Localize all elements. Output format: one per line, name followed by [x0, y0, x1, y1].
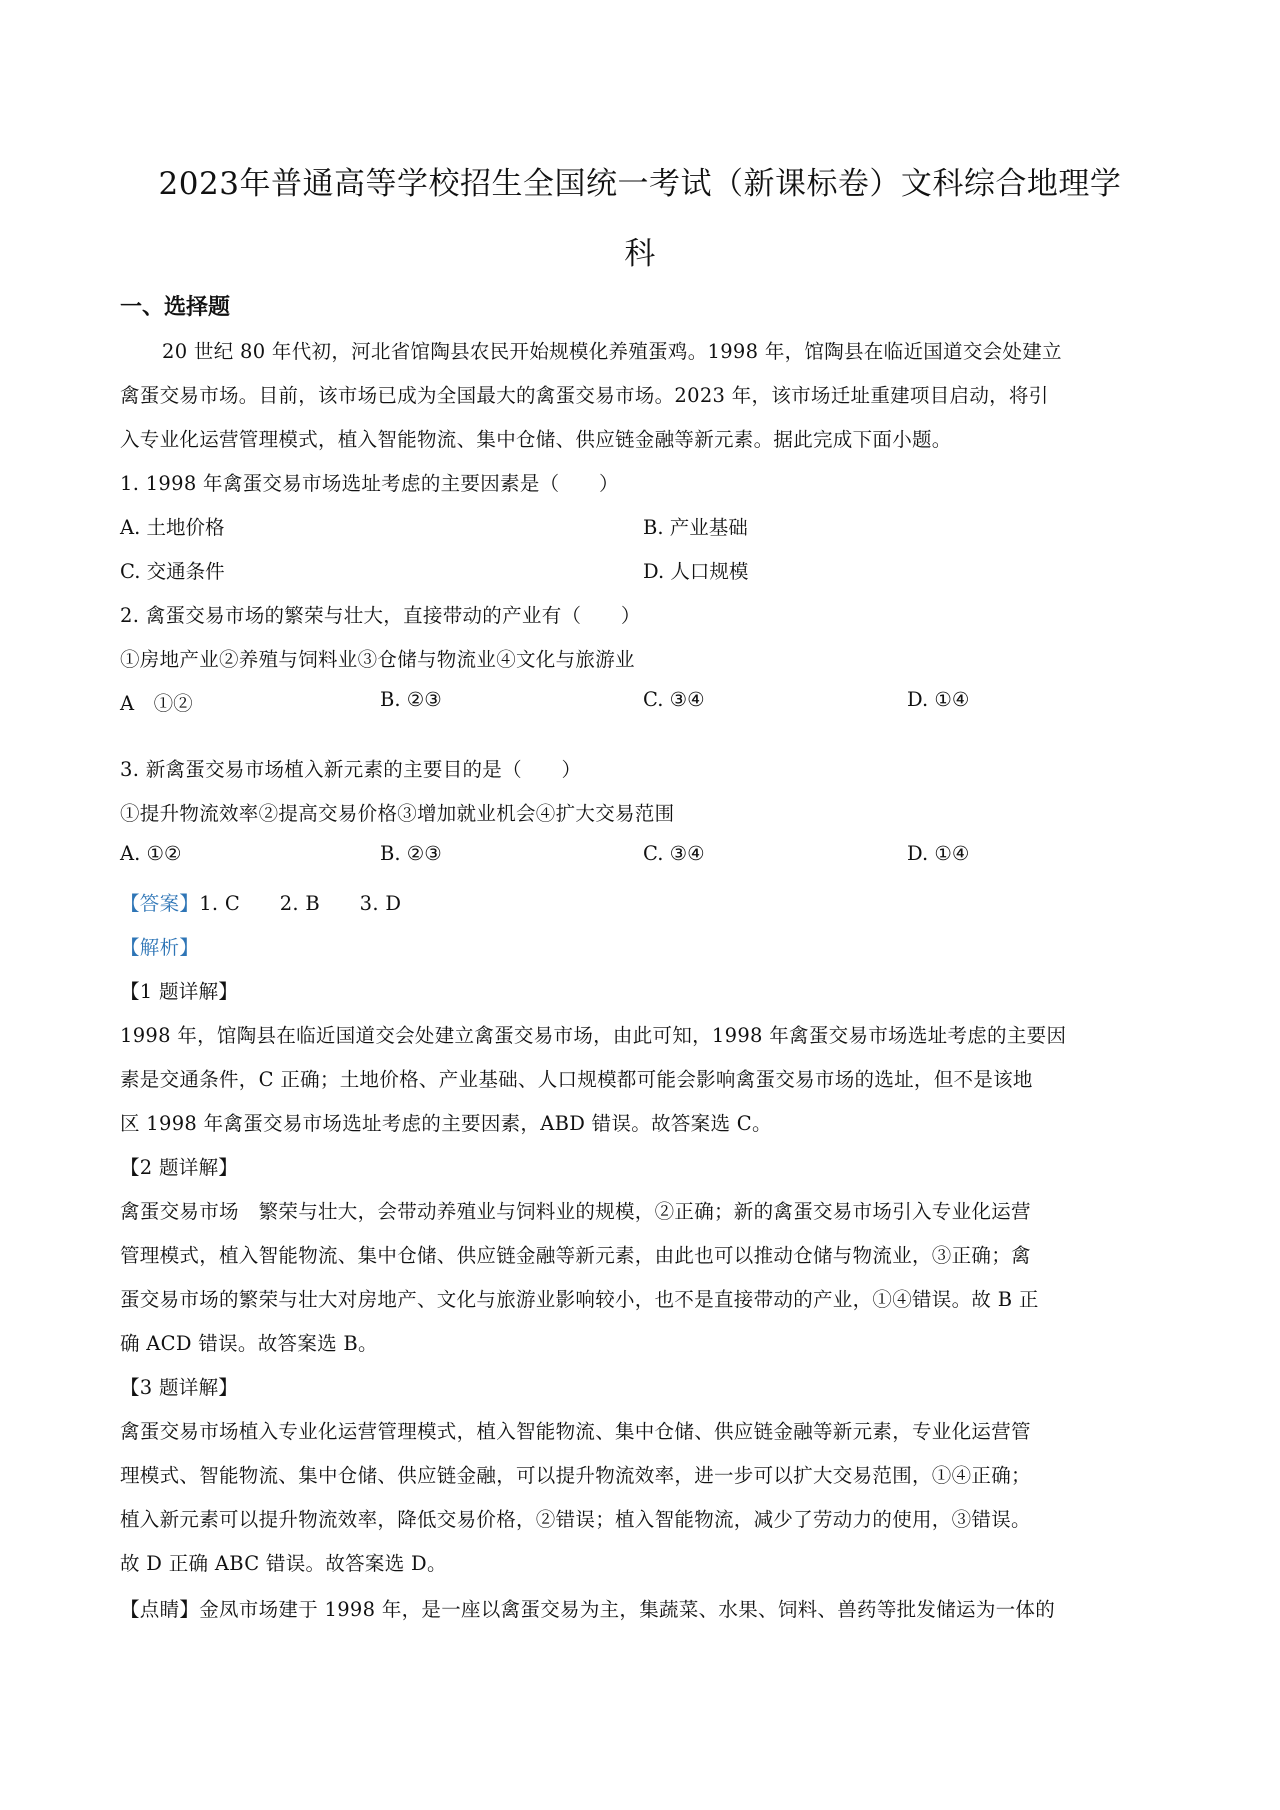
q2-option-b: B. ②③: [380, 688, 442, 711]
q1-option-b: B. 产业基础: [643, 512, 748, 540]
detail-2-line: 确 ACD 错误。故答案选 B。: [120, 1328, 1170, 1356]
q3-option-d: D. ①④: [907, 842, 969, 865]
detail-3-heading: 【3 题详解】: [120, 1372, 1170, 1400]
page-title-cont: 科: [120, 228, 1160, 273]
question-2-stem: 2. 禽蛋交易市场的繁荣与壮大，直接带动的产业有（ ）: [120, 600, 1170, 628]
detail-3-line: 理模式、智能物流、集中仓储、供应链金融，可以提升物流效率，进一步可以扩大交易范围…: [120, 1460, 1170, 1488]
note-line: 【点睛】金凤市场建于 1998 年，是一座以禽蛋交易为主，集蔬菜、水果、饲料、兽…: [120, 1594, 1170, 1622]
q3-option-b: B. ②③: [380, 842, 442, 865]
detail-1-line: 素是交通条件，C 正确；土地价格、产业基础、人口规模都可能会影响禽蛋交易市场的选…: [120, 1064, 1170, 1092]
page-title: 2023年普通高等学校招生全国统一考试（新课标卷）文科综合地理学: [120, 158, 1160, 203]
answer-row: 【答案】1. C 2. B 3. D: [120, 888, 1170, 916]
detail-2-line: 蛋交易市场的繁荣与壮大对房地产、文化与旅游业影响较小，也不是直接带动的产业，①④…: [120, 1284, 1170, 1312]
detail-2-line: 管理模式，植入智能物流、集中仓储、供应链金融等新元素，由此也可以推动仓储与物流业…: [120, 1240, 1170, 1268]
detail-1-line: 区 1998 年禽蛋交易市场选址考虑的主要因素，ABD 错误。故答案选 C。: [120, 1108, 1170, 1136]
detail-2-line: 禽蛋交易市场 繁荣与壮大，会带动养殖业与饲料业的规模，②正确；新的禽蛋交易市场引…: [120, 1196, 1170, 1224]
answer-label: 【答案】: [120, 892, 199, 915]
analysis-label: 【解析】: [120, 932, 1170, 960]
detail-3-line: 禽蛋交易市场植入专业化运营管理模式，植入智能物流、集中仓储、供应链金融等新元素，…: [120, 1416, 1170, 1444]
detail-1-line: 1998 年，馆陶县在临近国道交会处建立禽蛋交易市场，由此可知，1998 年禽蛋…: [120, 1020, 1170, 1048]
question-1-stem: 1. 1998 年禽蛋交易市场选址考虑的主要因素是（ ）: [120, 468, 1170, 496]
q3-option-c: C. ③④: [643, 842, 705, 865]
passage-line: 入专业化运营管理模式，植入智能物流、集中仓储、供应链金融等新元素。据此完成下面小…: [120, 424, 1170, 452]
section-heading: 一、选择题: [120, 290, 230, 321]
answer-values: 1. C 2. B 3. D: [199, 892, 401, 915]
detail-2-heading: 【2 题详解】: [120, 1152, 1170, 1180]
q3-option-a: A. ①②: [120, 842, 181, 865]
question-2-items: ①房地产业②养殖与饲料业③仓储与物流业④文化与旅游业: [120, 644, 1170, 672]
question-3-items: ①提升物流效率②提高交易价格③增加就业机会④扩大交易范围: [120, 798, 1170, 826]
passage-line: 20 世纪 80 年代初，河北省馆陶县农民开始规模化养殖蛋鸡。1998 年，馆陶…: [162, 336, 1212, 364]
q2-option-a: A ①②: [120, 688, 193, 716]
q1-option-c: C. 交通条件: [120, 556, 225, 584]
question-3-stem: 3. 新禽蛋交易市场植入新元素的主要目的是（ ）: [120, 754, 1170, 782]
q1-option-a: A. 土地价格: [120, 512, 224, 540]
q1-option-d: D. 人口规模: [643, 556, 748, 584]
q2-option-c: C. ③④: [643, 688, 705, 711]
passage-line: 禽蛋交易市场。目前，该市场已成为全国最大的禽蛋交易市场。2023 年，该市场迁址…: [120, 380, 1170, 408]
q2-option-d: D. ①④: [907, 688, 969, 711]
detail-1-heading: 【1 题详解】: [120, 976, 1170, 1004]
exam-page: 2023年普通高等学校招生全国统一考试（新课标卷）文科综合地理学 科 一、选择题…: [0, 0, 1280, 1810]
detail-3-line: 故 D 正确 ABC 错误。故答案选 D。: [120, 1548, 1170, 1576]
detail-3-line: 植入新元素可以提升物流效率，降低交易价格，②错误；植入智能物流，减少了劳动力的使…: [120, 1504, 1170, 1532]
